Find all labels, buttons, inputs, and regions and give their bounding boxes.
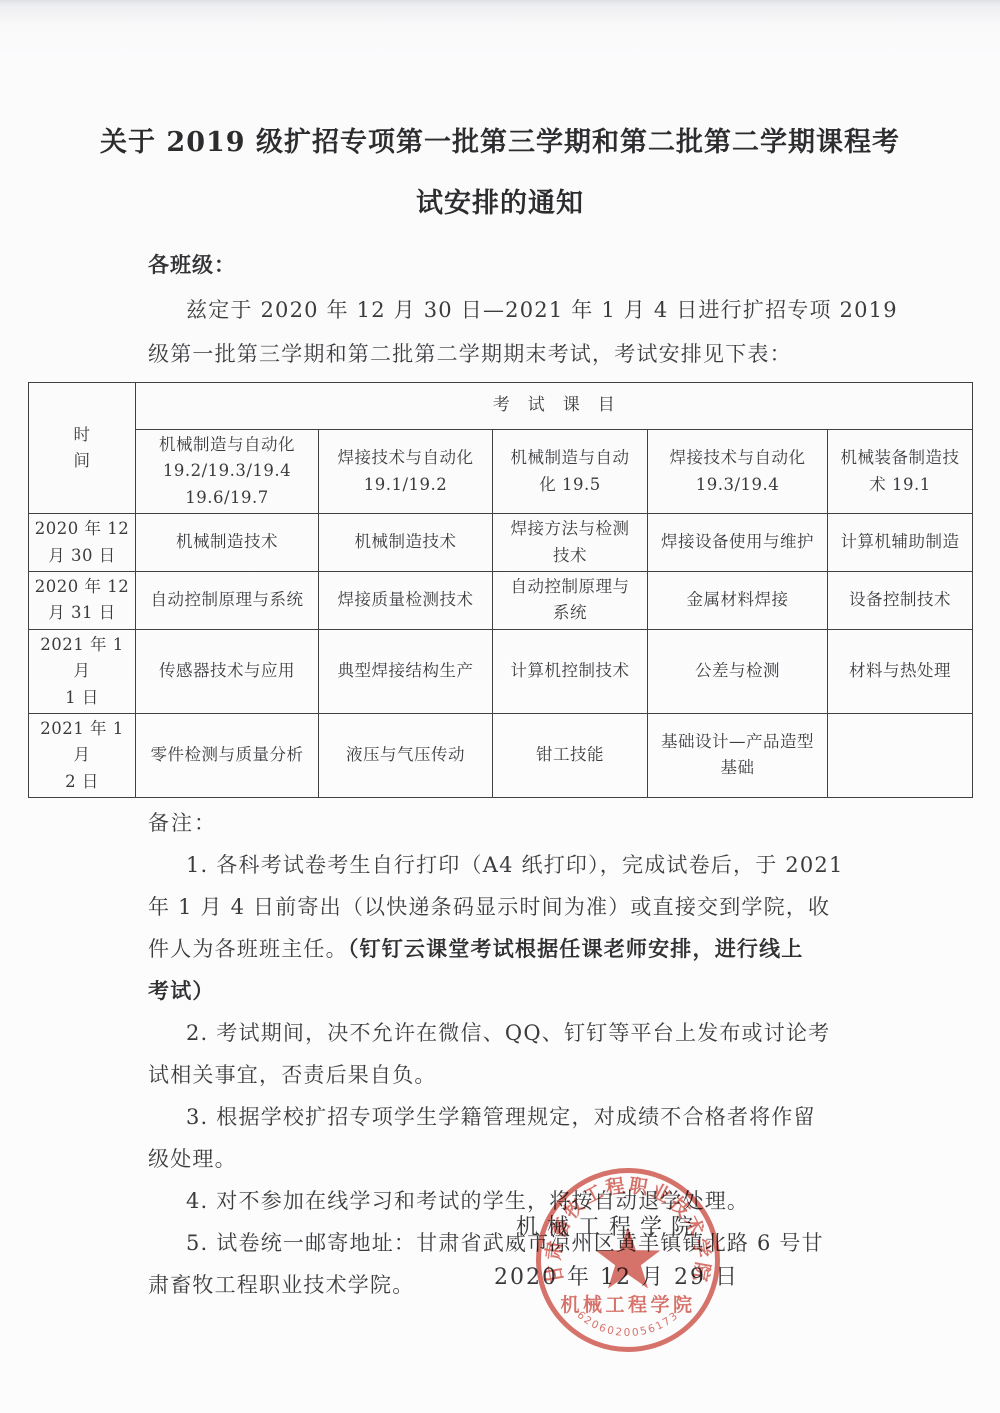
course-cell: 机械制造技术 bbox=[319, 514, 493, 572]
date-cell: 2021 年 1 月 2 日 bbox=[29, 713, 136, 797]
table-header-time: 时 间 bbox=[29, 383, 136, 514]
course-cell bbox=[828, 713, 973, 797]
official-seal: 甘肃畜牧工程职业技术学院 机械工程学院 6206020056173 bbox=[528, 1159, 728, 1359]
salutation: 各班级： bbox=[148, 242, 860, 288]
class-header: 机械装备制造技 术 19.1 bbox=[828, 430, 973, 514]
date-cell: 2020 年 12 月 31 日 bbox=[29, 571, 136, 629]
table-row: 2021 年 1 月 1 日 传感器技术与应用 典型焊接结构生产 计算机控制技术… bbox=[29, 629, 973, 713]
table-row: 2021 年 1 月 2 日 零件检测与质量分析 液压与气压传动 钳工技能 基础… bbox=[29, 713, 973, 797]
course-cell: 传感器技术与应用 bbox=[136, 629, 319, 713]
table-row: 2020 年 12 月 31 日 自动控制原理与系统 焊接质量检测技术 自动控制… bbox=[29, 571, 973, 629]
table-row: 2020 年 12 月 30 日 机械制造技术 机械制造技术 焊接方法与检测 技… bbox=[29, 514, 973, 572]
title-line-2: 试安排的通知 bbox=[0, 173, 1000, 234]
note-line: 1. 各科考试卷考生自行打印（A4 纸打印），完成试卷后，于 2021 bbox=[148, 844, 860, 886]
table-header-subjects: 考 试 课 目 bbox=[136, 383, 973, 430]
course-cell: 设备控制技术 bbox=[828, 571, 973, 629]
notes-section: 备注： 1. 各科考试卷考生自行打印（A4 纸打印），完成试卷后，于 2021 … bbox=[148, 802, 860, 1306]
course-cell: 公差与检测 bbox=[648, 629, 828, 713]
title-line-1: 关于 2019 级扩招专项第一批第三学期和第二批第二学期课程考 bbox=[0, 112, 1000, 173]
course-cell: 零件检测与质量分析 bbox=[136, 713, 319, 797]
course-cell: 钳工技能 bbox=[493, 713, 648, 797]
note-line: 试相关事宜，否责后果自负。 bbox=[148, 1054, 860, 1096]
seal-star bbox=[596, 1227, 661, 1289]
note-line: 件人为各班班主任。（钉钉云课堂考试根据任课老师安排，进行线上 bbox=[148, 928, 860, 970]
document-title: 关于 2019 级扩招专项第一批第三学期和第二批第二学期课程考 试安排的通知 bbox=[0, 0, 1000, 234]
note-line: 2. 考试期间，决不允许在微信、QQ、钉钉等平台上发布或讨论考 bbox=[148, 1012, 860, 1054]
note-text: 件人为各班班主任。 bbox=[148, 937, 348, 961]
notes-label: 备注： bbox=[148, 802, 860, 844]
note-line: 4. 对不参加在线学习和考试的学生，将按自动退学处理。 bbox=[148, 1180, 860, 1222]
course-cell: 计算机辅助制造 bbox=[828, 514, 973, 572]
course-cell: 焊接质量检测技术 bbox=[319, 571, 493, 629]
note-line: 3. 根据学校扩招专项学生学籍管理规定，对成绩不合格者将作留 bbox=[148, 1096, 860, 1138]
course-cell: 材料与热处理 bbox=[828, 629, 973, 713]
class-header: 焊接技术与自动化 19.1/19.2 bbox=[319, 430, 493, 514]
course-cell: 液压与气压传动 bbox=[319, 713, 493, 797]
class-header: 机械制造与自动 化 19.5 bbox=[493, 430, 648, 514]
note-line: 级处理。 bbox=[148, 1138, 860, 1180]
course-cell: 焊接设备使用与维护 bbox=[648, 514, 828, 572]
document-body: 各班级： 兹定于 2020 年 12 月 30 日—2021 年 1 月 4 日… bbox=[148, 242, 860, 376]
date-cell: 2020 年 12 月 30 日 bbox=[29, 514, 136, 572]
course-cell: 机械制造技术 bbox=[136, 514, 319, 572]
class-header: 机械制造与自动化 19.2/19.3/19.4 19.6/19.7 bbox=[136, 430, 319, 514]
course-cell: 自动控制原理与系统 bbox=[136, 571, 319, 629]
course-cell: 基础设计—产品造型 基础 bbox=[648, 713, 828, 797]
course-cell: 自动控制原理与 系统 bbox=[493, 571, 648, 629]
intro-line: 级第一批第三学期和第二批第二学期期末考试，考试安排见下表： bbox=[148, 332, 860, 376]
class-header: 焊接技术与自动化 19.3/19.4 bbox=[648, 430, 828, 514]
course-cell: 计算机控制技术 bbox=[493, 629, 648, 713]
document-page: 关于 2019 级扩招专项第一批第三学期和第二批第二学期课程考 试安排的通知 各… bbox=[0, 0, 1000, 1413]
course-cell: 焊接方法与检测 技术 bbox=[493, 514, 648, 572]
course-cell: 典型焊接结构生产 bbox=[319, 629, 493, 713]
course-cell: 金属材料焊接 bbox=[648, 571, 828, 629]
note-line: 考试） bbox=[148, 970, 860, 1012]
intro-line: 兹定于 2020 年 12 月 30 日—2021 年 1 月 4 日进行扩招专… bbox=[148, 288, 860, 332]
note-line: 5. 试卷统一邮寄地址：甘肃省武威市凉州区黄羊镇镇北路 6 号甘 bbox=[148, 1222, 860, 1264]
date-cell: 2021 年 1 月 1 日 bbox=[29, 629, 136, 713]
note-line: 年 1 月 4 日前寄出（以快递条码显示时间为准）或直接交到学院，收 bbox=[148, 886, 860, 928]
note-text-bold: （钉钉云课堂考试根据任课老师安排，进行线上 bbox=[348, 936, 804, 961]
exam-schedule-table: 时 间 考 试 课 目 机械制造与自动化 19.2/19.3/19.4 19.6… bbox=[28, 382, 973, 798]
